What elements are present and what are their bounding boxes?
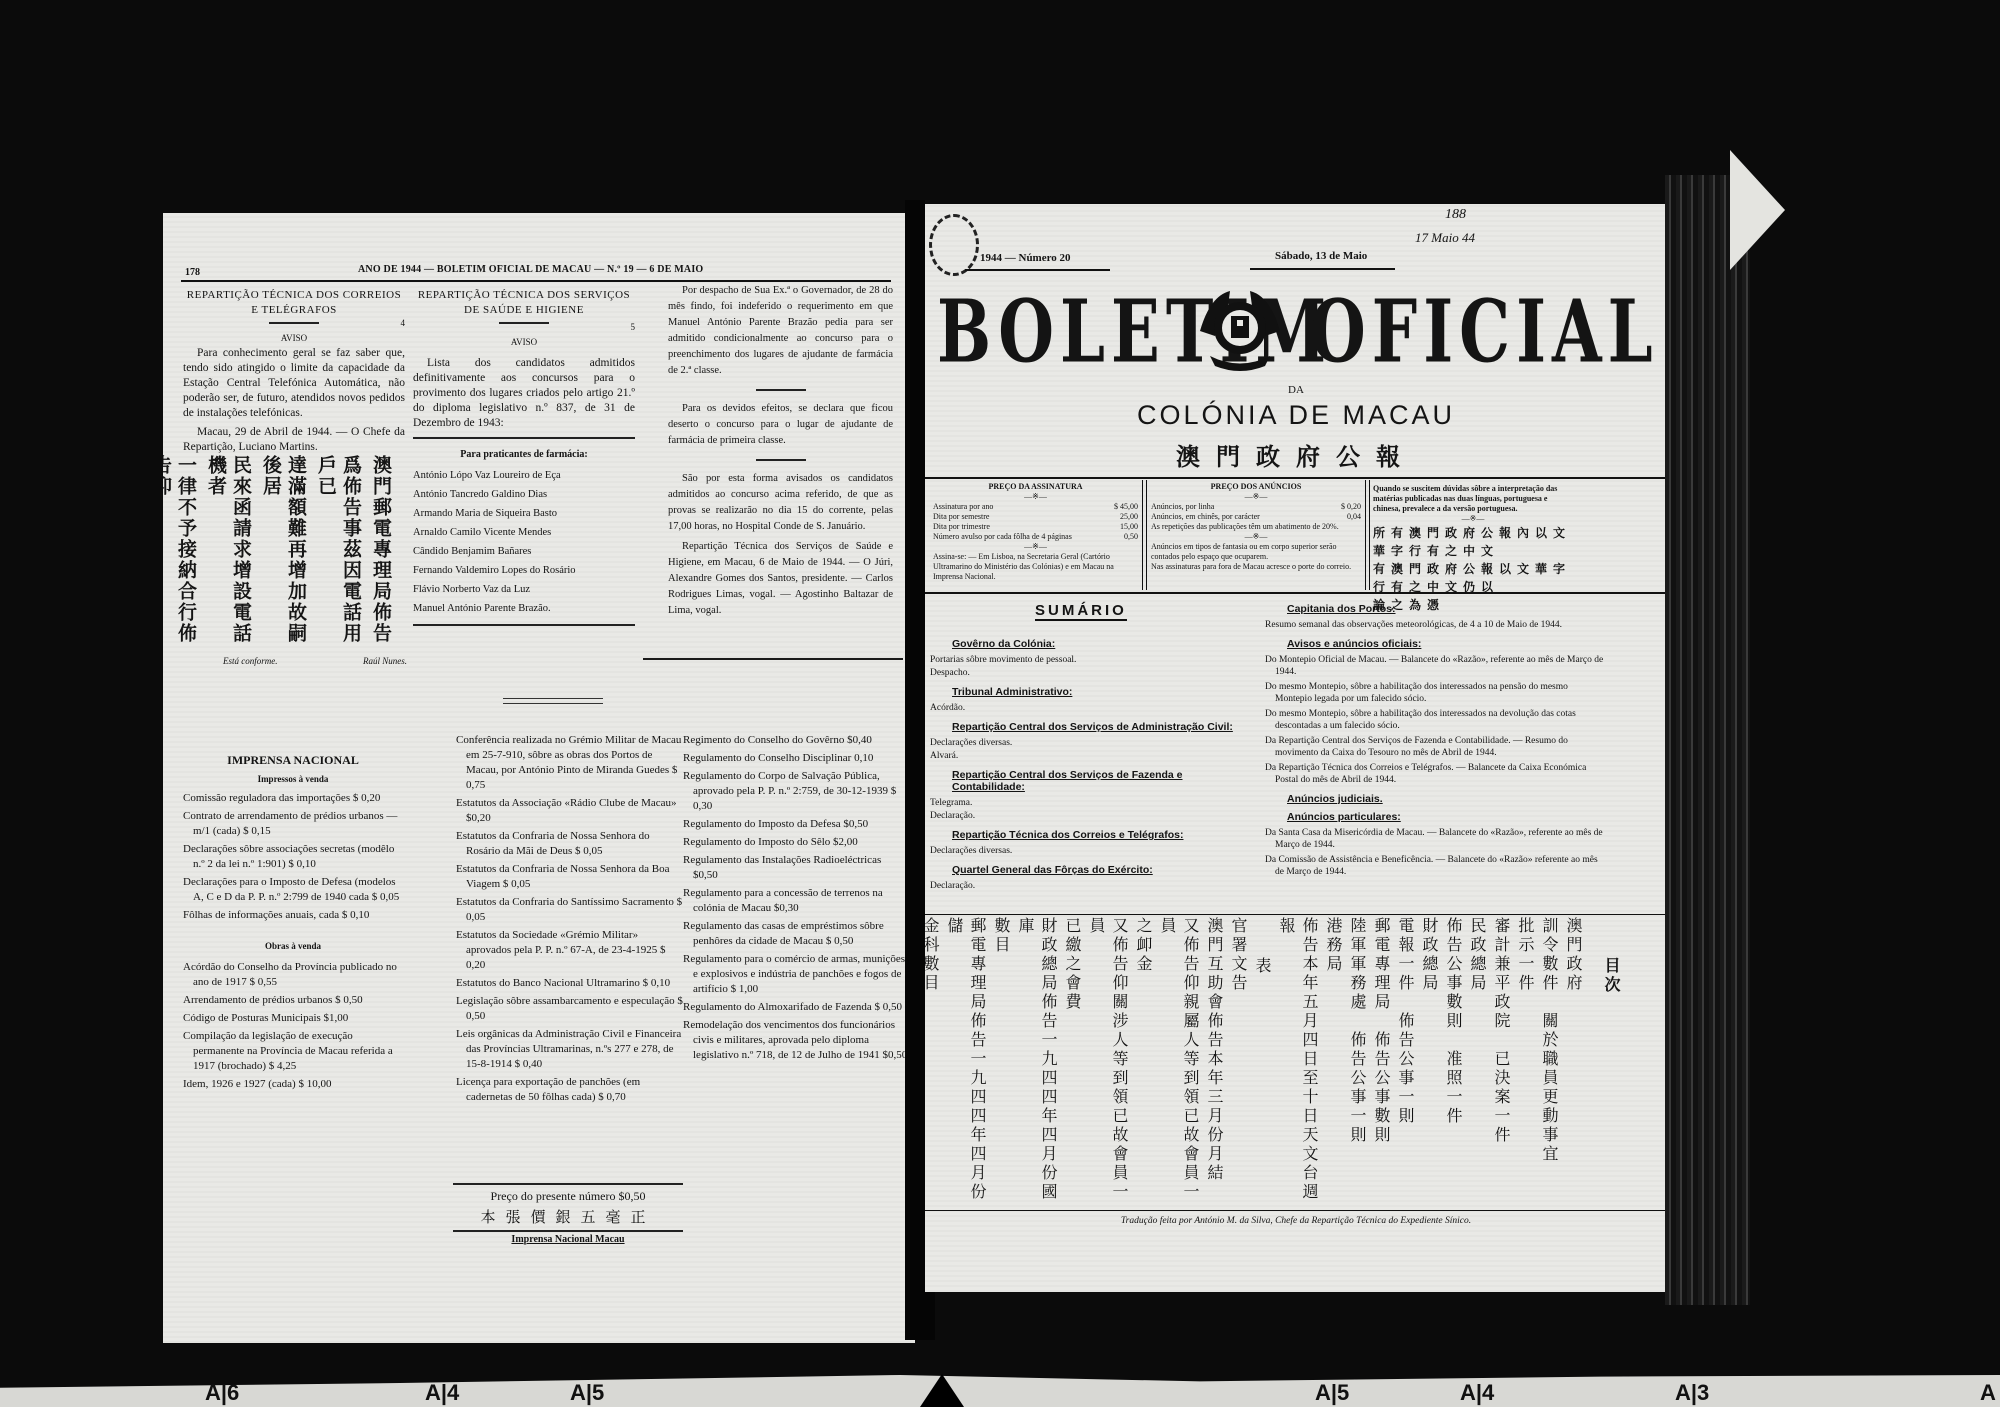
- list-item: Estatutos da Associação «Rádio Clube de …: [456, 796, 684, 826]
- toc-col: 佈告公事數則 准照一件: [1442, 917, 1465, 1207]
- price-row: Anúncios, em chinês, por carácter0,04: [1151, 512, 1361, 522]
- price-row: Dita por trimestre15,00: [933, 522, 1138, 532]
- page-edges: [1665, 175, 1750, 1305]
- toc-col: 郵電專理局佈告一九四四年四月份儲: [943, 917, 989, 1207]
- list-item: Legislação sôbre assambarcamento e espec…: [456, 994, 684, 1024]
- zh-col: 澳門郵電專理局佈告: [368, 455, 393, 650]
- list-item: Regulamento do Corpo de Salvação Pública…: [683, 769, 908, 814]
- paragraph: Repartição Técnica dos Serviços de Saúde…: [668, 539, 893, 619]
- chinese-notice: 澳門郵電專理局佈告 爲佈告事茲因電話用戶已 達滿額難再增加故嗣後居 民來函請求增…: [218, 455, 393, 650]
- divider: [413, 624, 635, 626]
- list-item: Acórdão.: [930, 702, 1250, 715]
- toc-col: 又佈告仰關涉人等到領已故會員一員: [1085, 917, 1131, 1207]
- list-item: Declarações diversas.: [930, 845, 1250, 858]
- list-item: Telegrama.: [930, 797, 1250, 810]
- language-note: Quando se suscitem dúvidas sôbre a inter…: [1373, 484, 1573, 514]
- box-top-rule: [925, 477, 1667, 479]
- box-divider: [1142, 480, 1147, 590]
- issue-price-zh: 本張價銀五毫正: [453, 1206, 683, 1227]
- candidate-list: António Lópo Vaz Loureiro de Eça António…: [413, 466, 635, 618]
- language-box: Quando se suscitem dúvidas sôbre a inter…: [1373, 484, 1573, 614]
- list-item: Manuel António Parente Brazão.: [413, 599, 635, 618]
- price-row: Dita por semestre25,00: [933, 512, 1138, 522]
- ads-note: Anúncios em tipos de fantasia ou em corp…: [1151, 542, 1361, 562]
- zh-col: 一律不予接納合行佈告仰: [163, 455, 198, 650]
- list-item: Conferência realizada no Grémio Militar …: [456, 733, 684, 793]
- toc-col: 又佈告仰親屬人等到領已故會員一員: [1156, 917, 1202, 1207]
- sumario-left: Govêrno da Colónia: Portarias sôbre movi…: [930, 632, 1250, 893]
- aviso-label: AVISO: [183, 331, 405, 346]
- list-item: Estatutos da Confraria de Nossa Senhora …: [456, 862, 684, 892]
- list-item: Regulamento para a concessão de terrenos…: [683, 886, 908, 916]
- bookmark-tab: [1730, 150, 1785, 270]
- list-item: Regimento do Conselho do Govêrno $0,40: [683, 733, 908, 748]
- list-item: Regulamento do Imposto da Defesa $0,50: [683, 817, 908, 832]
- section-heading: Anúncios particulares:: [1287, 811, 1605, 823]
- list-item: Regulamento do Imposto do Sêlo $2,00: [683, 835, 908, 850]
- toc-col: 財政總局: [1418, 917, 1441, 1207]
- ads-note: Nas assinaturas para fora de Macau acres…: [1151, 562, 1361, 572]
- list-item: António Tancredo Galdino Dias: [413, 485, 635, 504]
- toc-col: 已繳之會費: [1061, 917, 1084, 1207]
- divider: [413, 437, 635, 439]
- list-item: Da Santa Casa da Misericórdia de Macau. …: [1265, 827, 1605, 852]
- list-item: Arnaldo Camilo Vicente Mendes: [413, 523, 635, 542]
- list-item: Regulamento das casas de empréstimos sôb…: [683, 919, 908, 949]
- section-heading: Avisos e anúncios oficiais:: [1287, 638, 1605, 650]
- section-heading: Govêrno da Colónia:: [952, 638, 1250, 650]
- issue-date: Sábado, 13 de Maio: [1275, 250, 1367, 262]
- subscription-title: PREÇO DA ASSINATURA: [933, 482, 1138, 492]
- toc-col: 批示一件: [1514, 917, 1537, 1207]
- toc-col: 數目: [990, 917, 1013, 1207]
- section-heading: Repartição Central dos Serviços de Fazen…: [952, 769, 1250, 793]
- list-item: Alvará.: [930, 750, 1250, 763]
- colony-title: COLÓNIA DE MACAU: [925, 400, 1667, 431]
- section-heading: Repartição Técnica dos Correios e Telégr…: [952, 829, 1250, 841]
- list-item: Regulamento para o comércio de armas, mu…: [683, 952, 908, 997]
- toc-bottom-rule: [925, 1210, 1667, 1211]
- paragraph: São por esta forma avisados os candidato…: [668, 471, 893, 535]
- subscription-note: Assina-se: — Em Lisboa, na Secretaria Ge…: [933, 552, 1138, 582]
- issue-number: 1944 — Número 20: [980, 252, 1071, 264]
- toc-col: 官署文告: [1227, 917, 1250, 1207]
- conforme-signature: Raúl Nunes.: [363, 655, 407, 667]
- list-item: Resumo semanal das observações meteoroló…: [1265, 619, 1605, 632]
- toc-col: 財政總局佈告一九四四年四月份國庫: [1014, 917, 1060, 1207]
- correios-heading: REPARTIÇÃO TÉCNICA DOS CORREIOS E TELÉGR…: [183, 288, 405, 318]
- list-item: Fernando Valdemiro Lopes do Rosário: [413, 561, 635, 580]
- imprint: Imprensa Nacional Macau: [453, 1234, 683, 1245]
- header-rule: [1250, 268, 1395, 270]
- list-item: Código de Posturas Municipais $1,00: [183, 1011, 403, 1026]
- section-number: 4: [183, 316, 405, 331]
- notice-paragraph: Para conhecimento geral se faz saber que…: [183, 346, 405, 421]
- list-item: Da Comissão de Assistência e Beneficênci…: [1265, 854, 1605, 879]
- ads-note: As repetições das publicações têm um aba…: [1151, 522, 1361, 532]
- list-item: Flávio Norberto Vaz da Luz: [413, 580, 635, 599]
- imprensa-heading: IMPRENSA NACIONAL: [183, 753, 403, 768]
- toc-col: 訓令數件 關於職員更動事宜: [1538, 917, 1561, 1207]
- toc-col: 電報一件 佈告公事一則: [1394, 917, 1417, 1207]
- handwritten-date: 17 Maio 44: [1415, 230, 1475, 246]
- list-item: Licença para exportação de panchões (em …: [456, 1075, 684, 1105]
- colony-title-zh: 澳門政府公報: [925, 437, 1667, 472]
- zh-col: 達滿額難再增加故嗣後居: [258, 455, 308, 650]
- paragraph: Por despacho de Sua Ex.ª o Governador, d…: [668, 283, 893, 379]
- ruler-mark: A|5: [1315, 1380, 1349, 1406]
- toc-col: 陸軍軍務處 佈告公事一則: [1346, 917, 1369, 1207]
- masthead-da: DA: [925, 384, 1667, 396]
- saude-notice: REPARTIÇÃO TÉCNICA DOS SERVIÇOS DE SAÚDE…: [413, 288, 635, 632]
- despacho-notice: Por despacho de Sua Ex.ª o Governador, d…: [668, 283, 893, 623]
- zh-col: 民來函請求增設電話機者: [203, 455, 253, 650]
- price-row: Assinatura por ano$ 45,00: [933, 502, 1138, 512]
- toc-col: 澳門政府: [1562, 917, 1585, 1207]
- ruler-center-marker: [920, 1374, 964, 1407]
- list-item: Leis orgânicas da Administração Civil e …: [456, 1027, 684, 1072]
- toc-col: 澳門互助會佈告本年三月份月結: [1203, 917, 1226, 1207]
- box-bottom-rule: [925, 592, 1667, 594]
- toc-col: 民政總局: [1466, 917, 1489, 1207]
- divider: [643, 658, 903, 660]
- divider: [756, 459, 806, 461]
- imprensa-col3: Regimento do Conselho do Govêrno $0,40 R…: [683, 733, 908, 1066]
- imprensa-col1: IMPRENSA NACIONAL Impressos à venda Comi…: [183, 753, 403, 1095]
- toc-title: 目次: [1600, 957, 1623, 1207]
- conforme-label: Está conforme.: [223, 655, 278, 667]
- section-heading: Anúncios judiciais.: [1287, 793, 1605, 805]
- list-item: Regulamento das Instalações Radioeléctri…: [683, 853, 908, 883]
- ruler-mark: A|4: [425, 1380, 459, 1406]
- section-heading: Tribunal Administrativo:: [952, 686, 1250, 698]
- list-item: Estatutos da Confraria de Nossa Senhora …: [456, 829, 684, 859]
- section-heading: Capitania dos Portos:: [1287, 603, 1605, 615]
- obras-title: Obras à venda: [183, 939, 403, 954]
- intro-paragraph: Lista dos candidatos admitidos definitiv…: [413, 356, 635, 431]
- list-item: Idem, 1926 e 1927 (cada) $ 10,00: [183, 1077, 403, 1092]
- list-item: Cândido Benjamim Bañares: [413, 542, 635, 561]
- box-divider: [1365, 480, 1370, 590]
- list-item: Compilação da legislação de execução per…: [183, 1029, 403, 1074]
- sumario-right: Capitania dos Portos: Resumo semanal das…: [1265, 597, 1605, 881]
- price-row: Anúncios, por linha$ 0,20: [1151, 502, 1361, 512]
- list-item: Declaração.: [930, 810, 1250, 823]
- running-header: ANO DE 1944 — BOLETIM OFICIAL DE MACAU —…: [358, 264, 703, 275]
- right-page: 188 17 Maio 44 1944 — Número 20 Sábado, …: [925, 192, 1667, 1292]
- list-item: Do mesmo Montepio, sôbre a habilitação d…: [1265, 681, 1605, 706]
- ruler-mark: A|4: [1460, 1380, 1494, 1406]
- list-item: Acórdão do Conselho da Província publica…: [183, 960, 403, 990]
- list-item: Declarações para o Imposto de Defesa (mo…: [183, 875, 403, 905]
- sumario-title: SUMÁRIO: [1035, 602, 1127, 621]
- price-box: Preço do presente número $0,50 本張價銀五毫正 I…: [453, 1183, 683, 1245]
- section-heading: Repartição Central dos Serviços de Admin…: [952, 721, 1250, 733]
- page-number: 178: [185, 265, 200, 280]
- list-item: Estatutos da Confraria do Santíssimo Sac…: [456, 895, 684, 925]
- impressos-title: Impressos à venda: [183, 772, 403, 787]
- top-shadow: [925, 192, 1667, 204]
- notice-signature: Macau, 29 de Abril de 1944. — O Chefe da…: [183, 425, 405, 455]
- list-item: Armando Maria de Siqueira Basto: [413, 504, 635, 523]
- price-row: Número avulso por cada fôlha de 4 página…: [933, 532, 1138, 542]
- ads-title: PREÇO DOS ANÚNCIOS: [1151, 482, 1361, 492]
- correios-notice: REPARTIÇÃO TÉCNICA DOS CORREIOS E TELÉGR…: [183, 288, 405, 459]
- divider: [756, 389, 806, 391]
- toc-col: 審計兼平政院 已決案一件: [1490, 917, 1513, 1207]
- list-item: Despacho.: [930, 667, 1250, 680]
- toc-top-rule: [925, 914, 1667, 915]
- seal-stamp: [929, 214, 979, 276]
- list-item: Remodelação dos vencimentos dos funcioná…: [683, 1018, 908, 1063]
- section-number: 5: [413, 320, 635, 335]
- list-item: António Lópo Vaz Loureiro de Eça: [413, 466, 635, 485]
- list-item: Declarações sôbre associações secretas (…: [183, 842, 403, 872]
- list-item: Portarias sôbre movimento de pessoal.: [930, 654, 1250, 667]
- subscription-box: PREÇO DA ASSINATURA —※— Assinatura por a…: [933, 482, 1138, 582]
- toc-col: 之卹金: [1132, 917, 1155, 1207]
- ruler-mark: A: [1980, 1380, 1996, 1406]
- list-item: Estatutos da Sociedade «Grémio Militar» …: [456, 928, 684, 973]
- saude-heading: REPARTIÇÃO TÉCNICA DOS SERVIÇOS DE SAÚDE…: [413, 288, 635, 318]
- list-item: Da Repartição Técnica dos Correios e Tel…: [1265, 762, 1605, 787]
- ruler-mark: A|5: [570, 1380, 604, 1406]
- toc-col: 佈告本年五月四日至十日天文台週報: [1275, 917, 1321, 1207]
- left-page: 178 ANO DE 1944 — BOLETIM OFICIAL DE MAC…: [163, 213, 915, 1343]
- toc-col: 金科數目: [925, 917, 942, 1207]
- ruler-mark: A|6: [205, 1380, 239, 1406]
- handwritten-number: 188: [1445, 207, 1466, 223]
- list-item: Declaração.: [930, 880, 1250, 893]
- zh-col: 爲佈告事茲因電話用戶已: [313, 455, 363, 650]
- coat-of-arms-icon: [1190, 276, 1290, 376]
- toc-col: 郵電專理局 佈告公事數則: [1370, 917, 1393, 1207]
- list-item: Declarações diversas.: [930, 737, 1250, 750]
- section-heading: Quartel General das Fôrças do Exército:: [952, 864, 1250, 876]
- list-item: Fôlhas de informações anuais, cada $ 0,1…: [183, 908, 403, 923]
- aviso-label: AVISO: [413, 335, 635, 350]
- list-item: Regulamento do Almoxarifado de Fazenda $…: [683, 1000, 908, 1015]
- toc-col: 港務局: [1322, 917, 1345, 1207]
- issue-price: Preço do presente número $0,50: [453, 1189, 683, 1204]
- translation-credit: Tradução feita por António M. da Silva, …: [925, 1216, 1667, 1226]
- ruler-mark: A|3: [1675, 1380, 1709, 1406]
- list-item: Comissão reguladora das importações $ 0,…: [183, 791, 403, 806]
- double-rule: [503, 698, 603, 704]
- list-item: Estatutos do Banco Nacional Ultramarino …: [456, 976, 684, 991]
- header-rule: [181, 280, 891, 282]
- list-item: Do Montepio Oficial de Macau. — Balancet…: [1265, 654, 1605, 679]
- header-rule: [965, 269, 1110, 271]
- toc-col: 表: [1251, 957, 1274, 1207]
- list-title: Para praticantes de farmácia:: [413, 447, 635, 462]
- paragraph: Para os devidos efeitos, se declara que …: [668, 401, 893, 449]
- masthead-oficial: OFICIAL: [1310, 282, 1659, 383]
- list-item: Do mesmo Montepio, sôbre a habilitação d…: [1265, 708, 1605, 733]
- list-item: Contrato de arrendamento de prédios urba…: [183, 809, 403, 839]
- list-item: Da Repartição Central dos Serviços de Fa…: [1265, 735, 1605, 760]
- list-item: Regulamento do Conselho Disciplinar 0,10: [683, 751, 908, 766]
- ads-box: PREÇO DOS ANÚNCIOS —※— Anúncios, por lin…: [1151, 482, 1361, 572]
- list-item: Arrendamento de prédios urbanos $ 0,50: [183, 993, 403, 1008]
- imprensa-col2: Conferência realizada no Grémio Militar …: [456, 733, 684, 1108]
- chinese-toc: 目次 澳門政府 訓令數件 關於職員更動事宜 批示一件 審計兼平政院 已決案一件 …: [933, 917, 1623, 1207]
